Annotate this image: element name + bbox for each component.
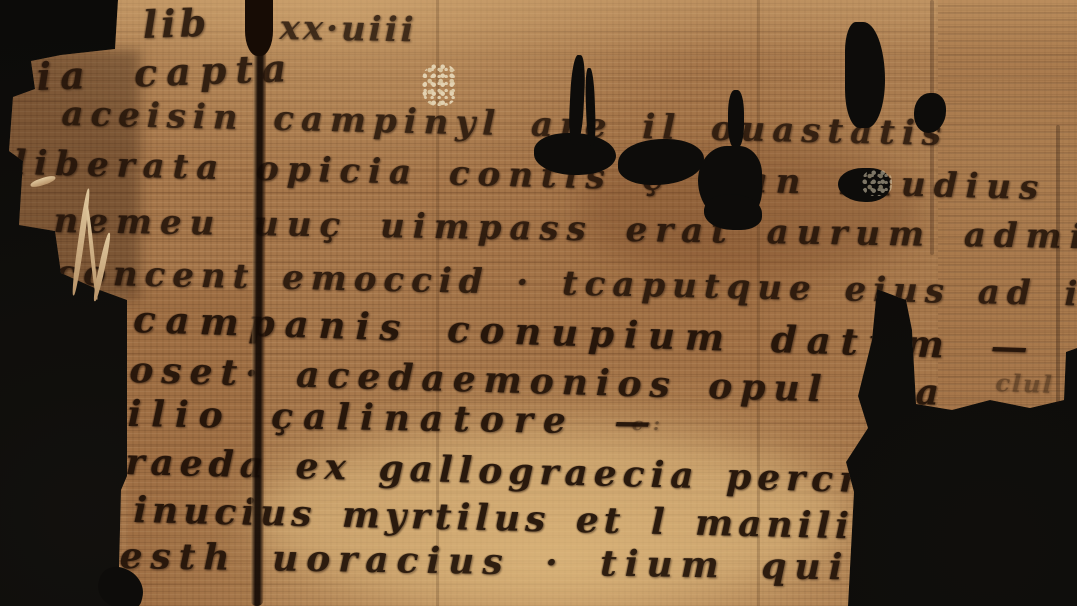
manuscript-line: nemeu uuç uimpass erat aurum admit — [53, 201, 1077, 258]
manuscript-line: ilio çalinatore — — [127, 393, 660, 443]
papyrus-photo: libxx·uiiiia captaaceisin campinyl are i… — [0, 0, 1077, 606]
manuscript-text-layer: libxx·uiiiia captaaceisin campinyl are i… — [0, 0, 1077, 606]
manuscript-line: aceisin campinyl are il ouastatis — [61, 94, 948, 154]
manuscript-line: xx·uiii — [279, 8, 417, 50]
vertical-crack-top — [245, 0, 273, 56]
manuscript-line: clul — [995, 368, 1054, 399]
manuscript-line: lib — [142, 0, 211, 47]
torn-hole — [704, 194, 762, 230]
speckle-patch — [422, 64, 458, 106]
torn-slit — [728, 90, 744, 148]
right-edge-crack — [1056, 125, 1060, 405]
speckle-patch — [862, 170, 892, 196]
manuscript-line: c·: — [632, 414, 662, 435]
